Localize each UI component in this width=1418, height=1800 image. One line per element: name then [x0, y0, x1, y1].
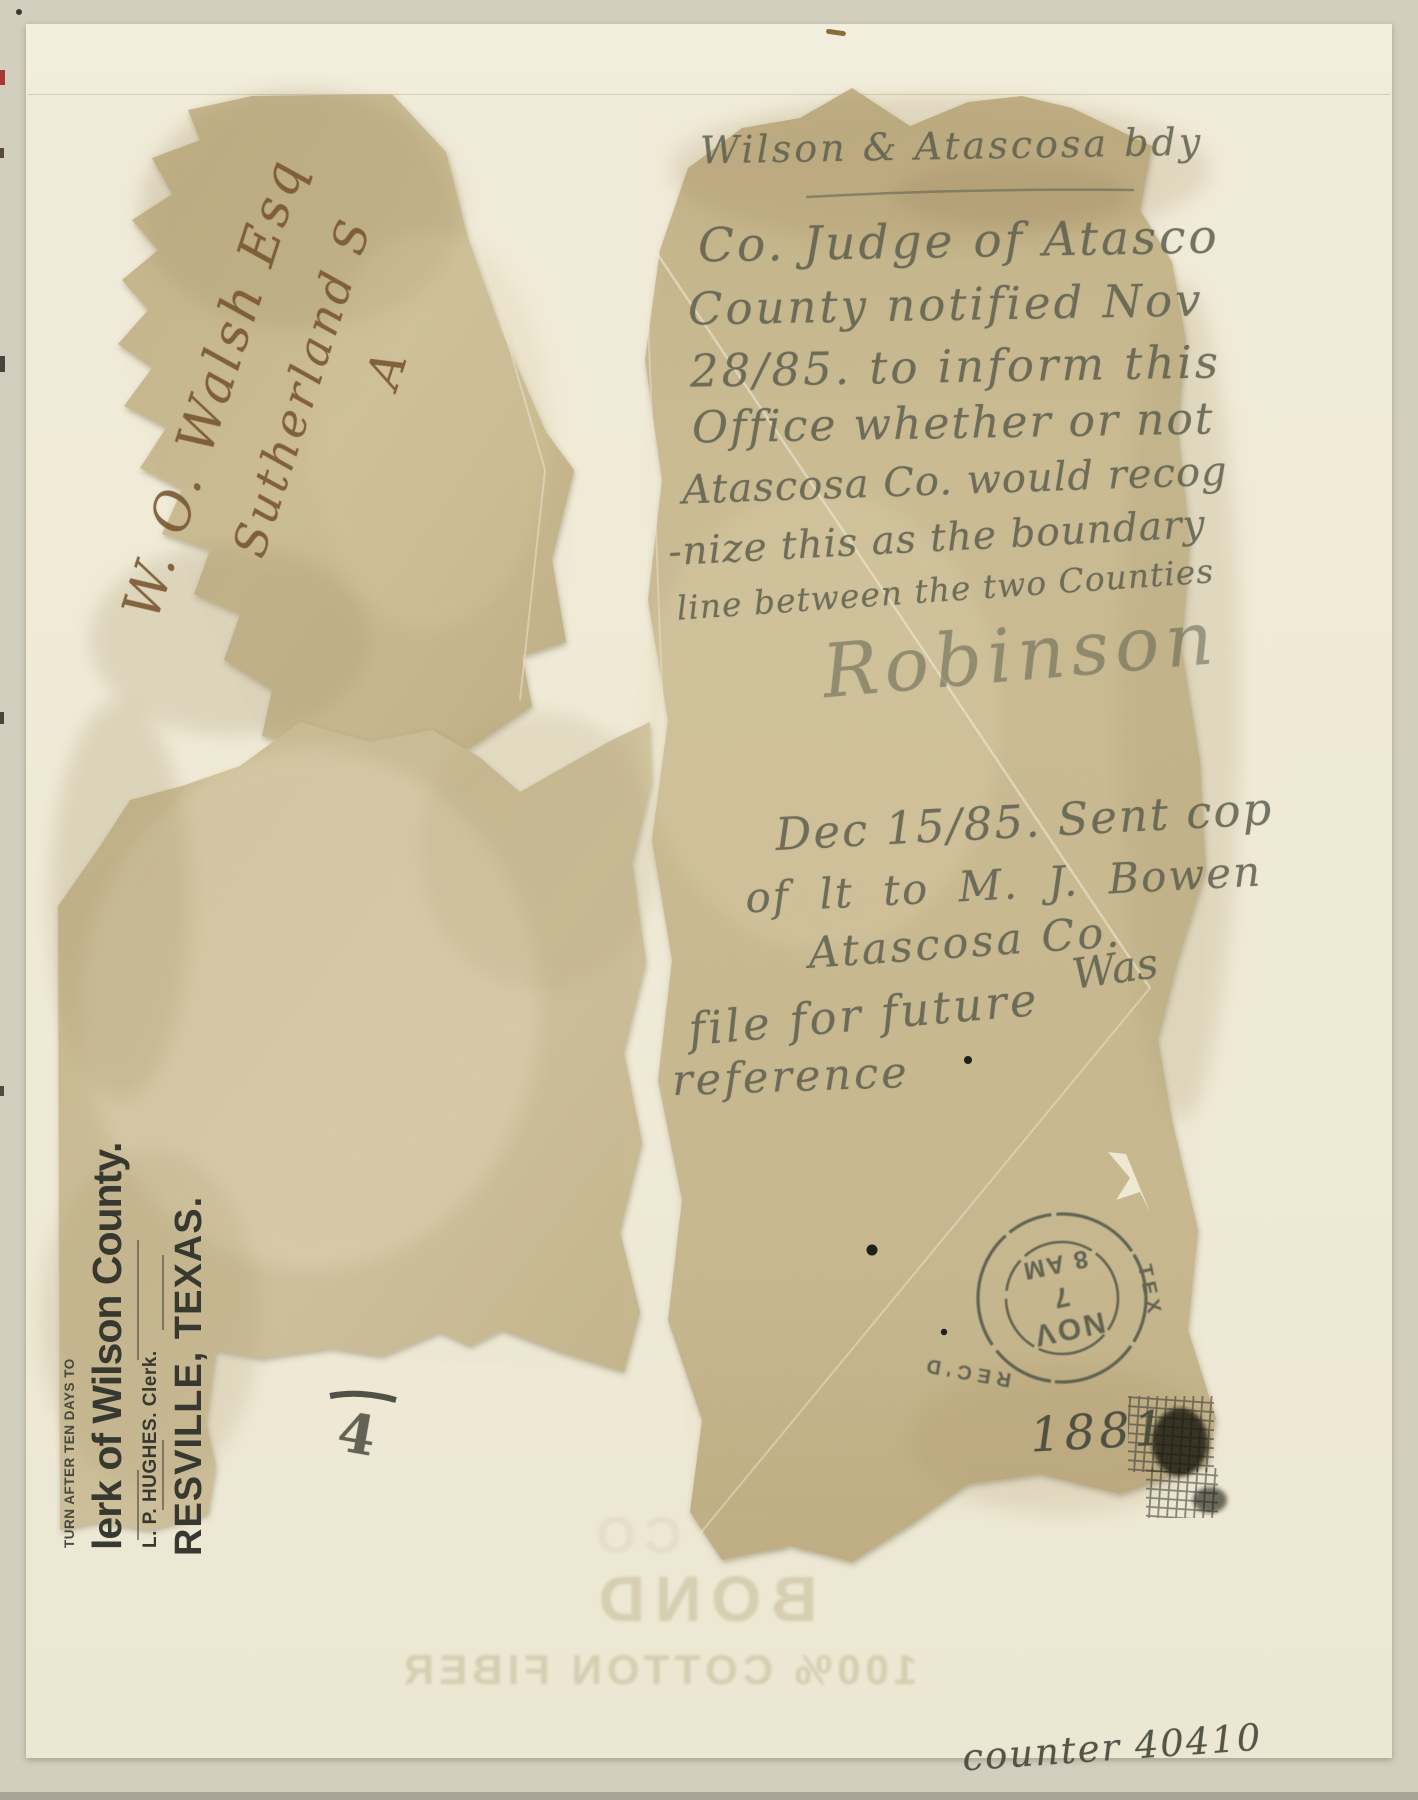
scan-artifact	[0, 712, 4, 724]
scan-artifact	[16, 9, 22, 15]
pencil-tally-overbar	[330, 1394, 396, 1400]
frame-bottom-edge	[0, 1792, 1418, 1800]
printed-return-line: TURN AFTER TEN DAYS TO	[62, 1358, 77, 1548]
scan-artifact	[0, 148, 4, 158]
scan-artifact	[0, 1086, 4, 1096]
memo2-line: reference	[671, 1048, 910, 1106]
printed-city-line: RESVILLE, TEXAS.	[168, 1196, 211, 1556]
memo-line: County notified Nov	[688, 274, 1204, 336]
scanned-page: ELD CO BOND 100% COTTON FIBER	[0, 0, 1418, 1800]
printed-office-line: lerk of Wilson County.	[84, 1143, 131, 1550]
memo-line: Co. Judge of Atasco	[698, 209, 1221, 273]
memo-line: 28/85. to inform this	[690, 335, 1222, 397]
printed-clerk-line: L. P. HUGHES. Clerk.	[140, 1350, 162, 1548]
scan-artifact	[0, 70, 5, 85]
year-note: 1881	[1029, 1400, 1170, 1463]
annotation-top: Wilson & Atascosa bdy	[700, 120, 1204, 173]
scan-artifact	[0, 356, 5, 372]
memo-line: Office whether or not	[692, 393, 1215, 453]
